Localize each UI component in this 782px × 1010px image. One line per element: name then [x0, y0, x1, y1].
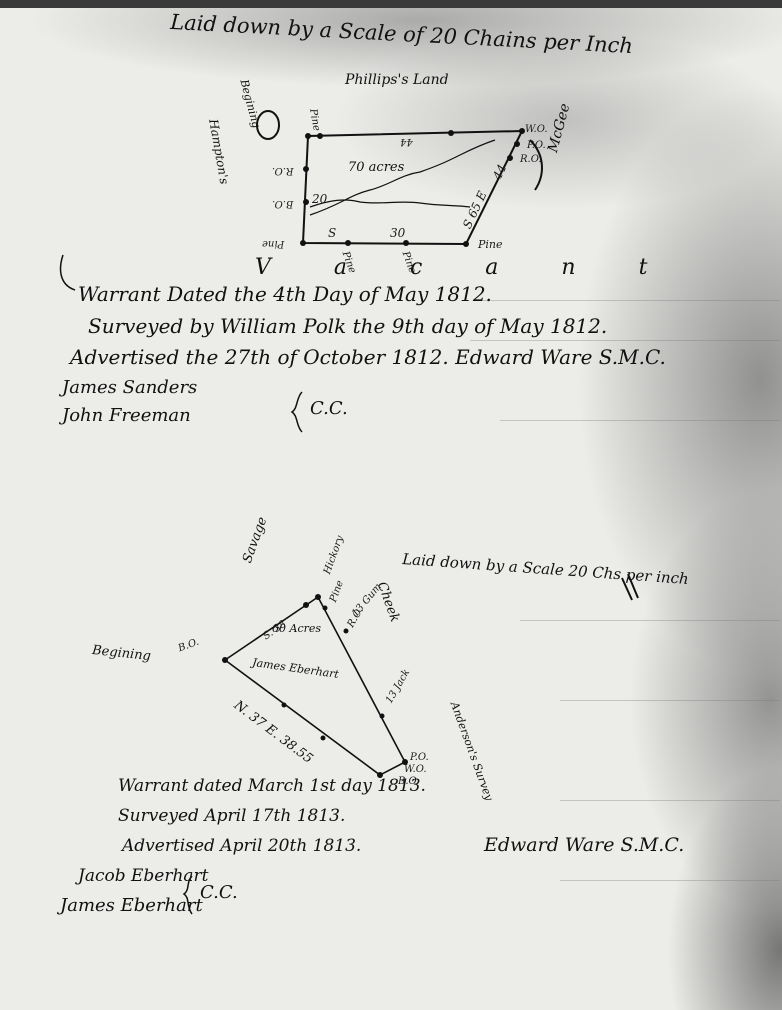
- survey1-plat-lines: [0, 0, 782, 1010]
- survey1-bearing: 44: [400, 136, 413, 147]
- survey1-bearing: S: [328, 226, 336, 240]
- document-page: Laid down by a Scale of 20 Chains per In…: [0, 0, 782, 1010]
- survey2-chain-carrier-mark: C.C.: [200, 882, 238, 903]
- survey1-corner-label: P.O.: [527, 140, 546, 151]
- survey1-chain-carrier: John Freeman: [62, 405, 191, 426]
- survey2-chain-carrier: James Eberhart: [60, 895, 203, 916]
- survey2-corner-label: P.O.: [410, 752, 429, 763]
- survey1-advertised-line: Advertised the 27th of October 1812. Edw…: [70, 345, 666, 369]
- survey1-corner-label: Pine: [262, 238, 284, 249]
- survey1-bearing: 30: [390, 226, 405, 240]
- survey2-warrant-line: Warrant dated March 1st day 1813.: [118, 776, 426, 796]
- survey1-corner-label: R.O.: [272, 165, 294, 176]
- survey1-corner-label: R.O.: [520, 154, 542, 165]
- survey1-warrant-line: Warrant Dated the 4th Day of May 1812.: [78, 282, 492, 306]
- survey2-chain-carrier: Jacob Eberhart: [78, 866, 209, 886]
- survey2-surveyed-line: Surveyed April 17th 1813.: [118, 806, 345, 826]
- survey2-advertised-line: Advertised April 20th 1813.: [122, 836, 361, 856]
- survey1-surveyed-line: Surveyed by William Polk the 9th day of …: [88, 314, 607, 338]
- survey1-chain-carrier-mark: C.C.: [310, 398, 348, 419]
- survey1-corner-label: B.O.: [272, 198, 293, 209]
- survey1-corner-label: W.O.: [525, 124, 548, 135]
- survey1-south-label: V a c a n t: [255, 255, 675, 280]
- survey1-acreage: 70 acres: [348, 160, 404, 175]
- survey2-signature: Edward Ware S.M.C.: [484, 834, 684, 856]
- survey1-bearing: 20: [312, 192, 327, 206]
- survey1-chain-carrier: James Sanders: [62, 377, 197, 398]
- survey2-corner-label: W.O.: [404, 764, 427, 775]
- survey1-corner-label: Pine: [478, 238, 503, 251]
